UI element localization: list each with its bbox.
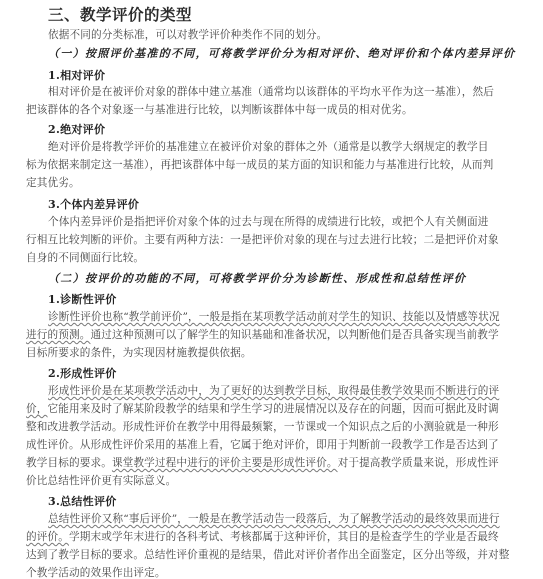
underlined-text: 课堂教学过程中进行的评价主要是形成性评价。 <box>112 457 338 469</box>
paragraph-line: 总结性评价又称“事后评价”，一般是在教学活动告一段落后，为了解教学活动的最终效果… <box>48 512 543 526</box>
individual-diff-heading: 3.个体内差异评价 <box>48 196 139 212</box>
formative-eval-heading: 2.形成性评价 <box>48 365 117 381</box>
paragraph-text: 对于提高教学质量来说，形成性评 <box>338 457 499 469</box>
part2-heading: （二）按评价的功能的不同，可将教学评价分为诊断性、形成性和总结性评价 <box>48 270 466 286</box>
paragraph-line: 诊断性评价也称“教学前评价”，一般是指在某项教学活动前对学生的知识、技能以及情感… <box>48 310 543 324</box>
paragraph-line: 进行的预测。通过这种预测可以了解学生的知识基础和准备状况，以判断他们是否具备实现… <box>26 328 526 342</box>
underlined-text: 形成性评价是在某项教学活动中，为了更好的达到教学目标，取得最佳教学效果而不断进行… <box>48 385 499 397</box>
paragraph-text: 它能用来及时了解某阶段教学的结果和学生学习的进展情况以及存在的问题，因而可据此及… <box>48 403 499 415</box>
paragraph-line: 的评价。学期末或学年末进行的各科考试、考核都属于这种评价，其目的是检查学生的学业… <box>26 530 526 544</box>
paragraph-line: 绝对评价是将教学评价的基准建立在被评价对象的群体之外（通常是以教学大纲规定的教学… <box>48 140 543 154</box>
paragraph-line: 整和改进教学活动。形成性评价在教学中用得最频繁，一节课或一个知识点之后的小测验就… <box>26 420 526 434</box>
diagnostic-eval-heading: 1.诊断性评价 <box>48 291 117 307</box>
paragraph-line: 行相互比较判断的评价。主要有两种方法：一是把评价对象的现在与过去进行比较；二是把… <box>26 233 526 247</box>
absolute-eval-heading: 2.绝对评价 <box>48 121 105 137</box>
paragraph-text: 学期末或学年末进行的各科考试、考核都属于这种评价，其目的是检查学生的学业是否最终 <box>69 531 499 543</box>
paragraph-line: 目标所要求的条件，为实现因材施教提供依据。 <box>26 346 526 360</box>
underlined-text: 进行的预测。 <box>26 329 90 341</box>
underlined-text: 价， <box>26 403 48 415</box>
underlined-text: 诊断性评价也称“教学前评价”，一般是指在某项教学活动前对学生的知识、技能以及情感… <box>48 311 500 323</box>
paragraph-line: 形成性评价是在某项教学活动中，为了更好的达到教学目标，取得最佳教学效果而不断进行… <box>48 384 543 398</box>
document-page: 三、教学评价的类型 依据不同的分类标准，可以对教学评价种类作不同的划分。 （一）… <box>0 0 543 579</box>
intro-text: 依据不同的分类标准，可以对教学评价种类作不同的划分。 <box>48 28 543 42</box>
relative-eval-heading: 1.相对评价 <box>48 67 105 83</box>
underlined-text: 总结性评价又称“事后评价”，一般是在教学活动告一段落后，为了解教学活动的最终效果… <box>48 513 500 525</box>
paragraph-line: 自身的不同侧面行比较。 <box>26 251 526 265</box>
underlined-text: 的评价。 <box>26 531 69 543</box>
paragraph-text: 教学目标的要求。 <box>26 457 112 469</box>
paragraph-line: 定其优劣。 <box>26 176 526 190</box>
paragraph-line: 价，它能用来及时了解某阶段教学的结果和学生学习的进展情况以及存在的问题，因而可据… <box>26 402 526 416</box>
paragraph-line: 标为依据来制定这一基准），再把该群体中每一成员的某方面的知识和能力与基准进行比较… <box>26 158 526 172</box>
paragraph-line: 教学目标的要求。课堂教学过程中进行的评价主要是形成性评价。对于提高教学质量来说，… <box>26 456 526 470</box>
summative-eval-heading: 3.总结性评价 <box>48 493 117 509</box>
paragraph-text: 通过这种预测可以了解学生的知识基础和准备状况，以判断他们是否具备实现当前教学 <box>90 329 498 341</box>
paragraph-line: 个体内差异评价是指把评价对象个体的过去与现在所得的成绩进行比较，或把个人有关侧面… <box>48 215 543 229</box>
paragraph-line: 成性评价。从形成性评价采用的基准上看，它属于绝对评价，即用于判断前一段教学工作是… <box>26 438 526 452</box>
section-title: 三、教学评价的类型 <box>48 3 192 25</box>
paragraph-line: 相对评价是在被评价对象的群体中建立基准（通常均以该群体的平均水平作为这一基准），… <box>48 85 543 99</box>
part1-heading: （一）按照评价基准的不同，可将教学评价分为相对评价、绝对评价和个体内差异评价 <box>48 45 515 61</box>
paragraph-line: 个教学活动的效果作出评定。 <box>26 566 526 579</box>
paragraph-line: 达到了教学目标的要求。总结性评价重视的是结果，借此对评价者作出全面鉴定，区分出等… <box>26 548 526 562</box>
paragraph-line: 把该群体的各个对象逐一与基准进行比较，以判断该群体中每一成员的相对优劣。 <box>26 103 526 117</box>
paragraph-line: 价比总结性评价更有实际意义。 <box>26 474 526 488</box>
